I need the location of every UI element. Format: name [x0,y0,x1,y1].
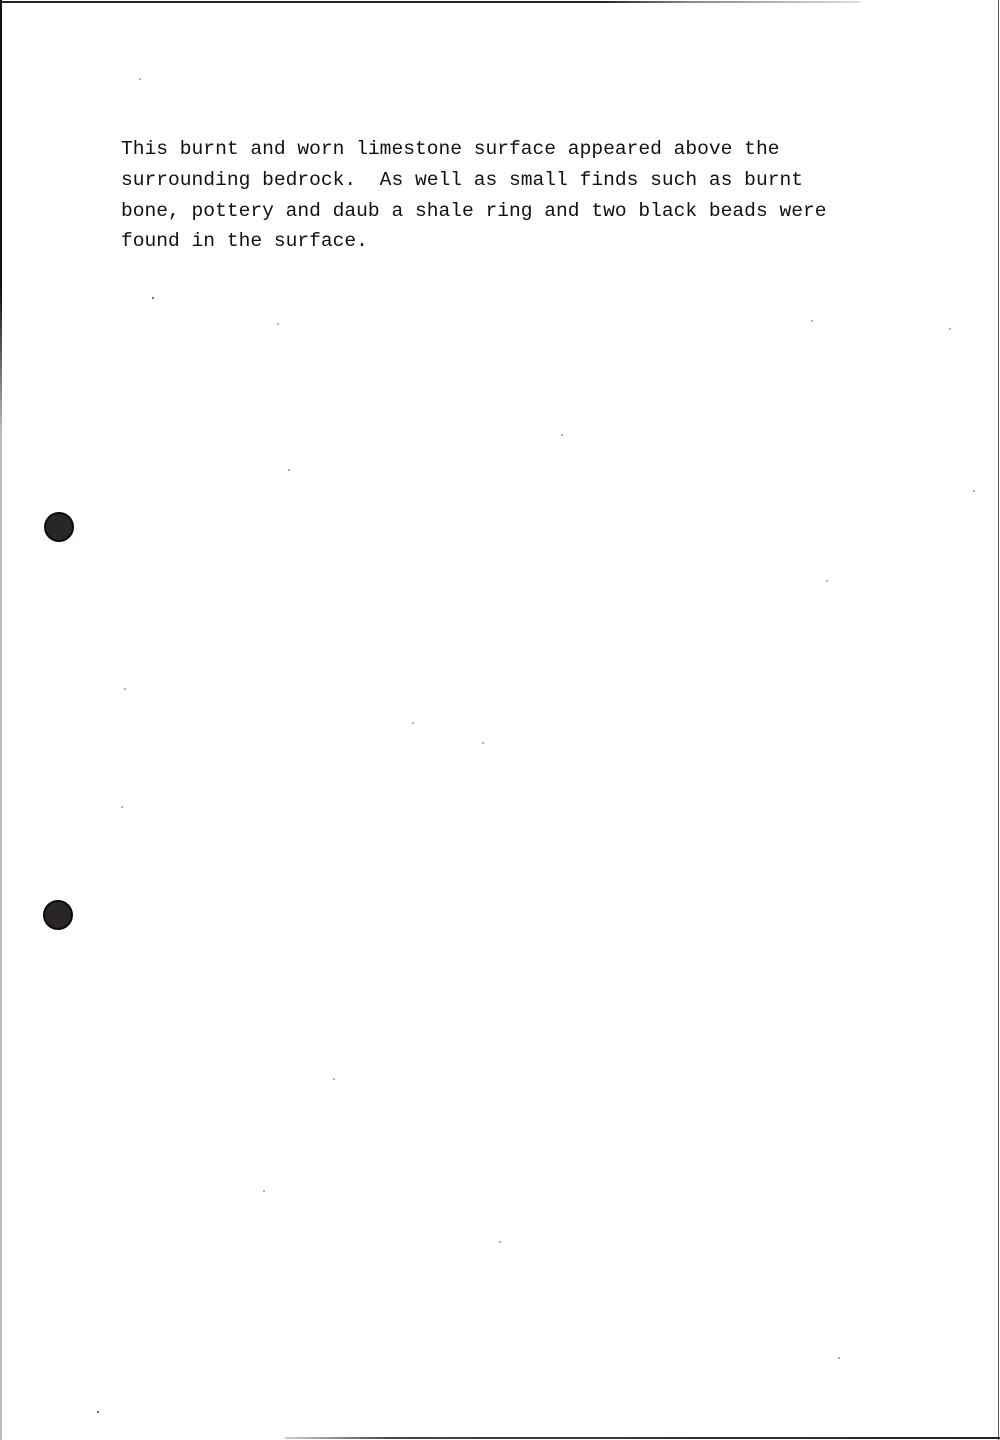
scan-speck [838,1357,840,1359]
scan-edge-bottom [285,1437,1000,1439]
scan-speck [811,320,813,322]
scan-speck [288,469,290,471]
paragraph-line-4: found in the surface. [121,230,368,252]
scan-speck [561,434,563,436]
scanned-page: This burnt and worn limestone surface ap… [0,0,1000,1440]
scan-speck [124,688,126,690]
scan-edge-top [0,1,860,3]
scan-speck [973,490,975,492]
punch-hole-icon [43,900,73,930]
scan-speck [97,1411,99,1413]
paragraph-line-3: bone, pottery and daub a shale ring and … [121,200,827,222]
scan-speck [949,328,951,330]
scan-speck [263,1190,265,1192]
paragraph-line-1: This burnt and worn limestone surface ap… [121,138,779,160]
scan-speck [333,1078,335,1080]
body-paragraph: This burnt and worn limestone surface ap… [121,134,881,257]
scan-edge-left-top [0,0,2,40]
scan-edge-right [998,0,999,1440]
scan-speck [277,323,279,325]
paragraph-line-2: surrounding bedrock. As well as small fi… [121,169,803,191]
scan-speck [152,297,154,299]
scan-edge-left [0,0,2,1440]
scan-speck [139,78,141,80]
scan-speck [121,806,123,808]
scan-speck [499,1241,501,1243]
scan-speck [826,580,828,582]
scan-speck [482,742,484,744]
scan-speck [412,722,414,724]
punch-hole-icon [44,512,74,542]
